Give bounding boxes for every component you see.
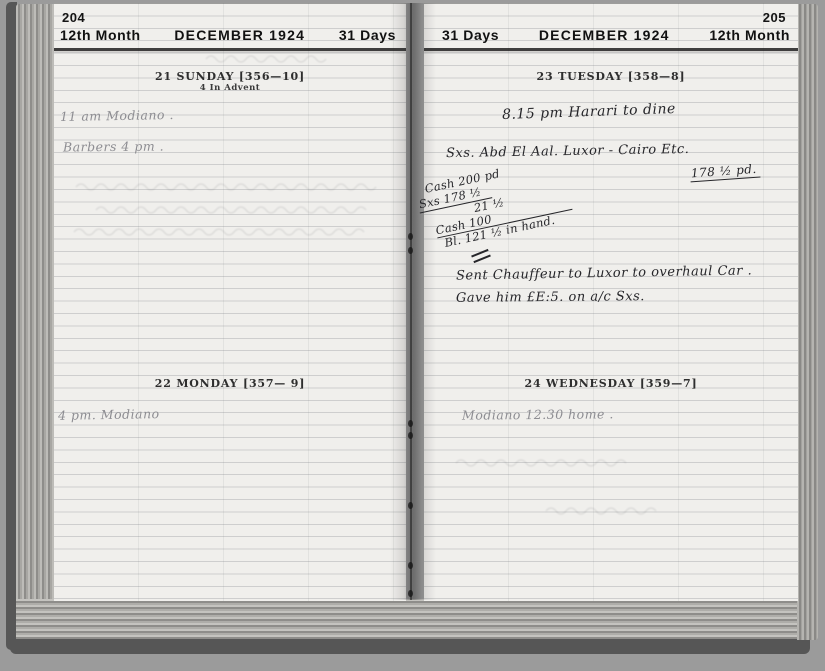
days-label: 31 Days — [424, 27, 499, 43]
binding-stitch — [408, 420, 413, 427]
page-number-left: 204 — [62, 10, 85, 25]
sunday-heading: 21 SUNDAY [356—10] — [54, 70, 406, 83]
header-rule — [54, 48, 406, 51]
monday-heading: 22 MONDAY [357— 9] — [54, 377, 406, 390]
handwritten-entry: Sxs. Abd El Aal. Luxor - Cairo Etc. — [446, 142, 690, 161]
wednesday-heading: 24 WEDNESDAY [359—7] — [424, 377, 798, 390]
page-stack-bottom-edge — [16, 599, 802, 639]
diary-left-page: 204 12th Month DECEMBER 1924 31 Days 21 … — [54, 3, 406, 601]
page-number-right: 205 — [763, 10, 786, 25]
book-cover-bottom-edge — [10, 639, 810, 654]
binding-stitch — [408, 247, 413, 254]
underlined-amount: 178 ½ pd. — [690, 162, 761, 183]
bleedthrough-mark — [454, 456, 634, 468]
bleedthrough-mark — [74, 180, 384, 192]
page-stack-left-edge — [16, 4, 55, 646]
binding-stitch — [408, 233, 413, 240]
handwritten-entry: Modiano 12.30 home . — [462, 406, 614, 422]
handwritten-entry: 11 am Modiano . — [60, 107, 174, 124]
handwritten-entry: 4 pm. Modiano — [58, 406, 160, 423]
page-stack-right-edge — [797, 4, 818, 640]
bleedthrough-mark — [94, 203, 374, 215]
handwritten-entry: 8.15 pm Harari to dine — [502, 101, 676, 123]
days-label: 31 Days — [339, 27, 406, 43]
header-title: DECEMBER 1924 — [539, 27, 670, 43]
binding-stitch — [408, 562, 413, 569]
bleedthrough-mark — [72, 225, 372, 237]
handwritten-entry: Sent Chauffeur to Luxor to overhaul Car … — [456, 263, 752, 283]
header-rule — [424, 48, 798, 51]
bleedthrough-mark — [544, 504, 664, 516]
sunday-subheading: 4 In Advent — [54, 83, 406, 93]
handwritten-entry: Barbers 4 pm . — [63, 139, 164, 155]
book-crease — [410, 3, 412, 600]
right-page-header: 31 Days DECEMBER 1924 12th Month — [424, 27, 798, 43]
handwritten-entry: Gave him £E:5. on a/c Sxs. — [456, 289, 645, 306]
handwritten-calculation: Cash 200 pd Sxs 178 ½ 21 ½ Cash 100 Bl. … — [410, 154, 575, 255]
ink-flourish — [471, 249, 491, 263]
left-page-header: 12th Month DECEMBER 1924 31 Days — [54, 27, 406, 43]
tuesday-heading: 23 TUESDAY [358—8] — [424, 70, 798, 83]
bleedthrough-mark — [204, 52, 344, 64]
binding-stitch — [408, 590, 413, 597]
binding-stitch — [408, 502, 413, 509]
binding-stitch — [408, 432, 413, 439]
handwritten-entry: 178 ½ pd. — [690, 162, 761, 183]
month-label: 12th Month — [54, 27, 141, 43]
header-title: DECEMBER 1924 — [174, 27, 305, 43]
diary-right-page: 205 31 Days DECEMBER 1924 12th Month 23 … — [424, 3, 798, 601]
month-label: 12th Month — [709, 27, 798, 43]
diary-scan: 204 12th Month DECEMBER 1924 31 Days 21 … — [0, 0, 825, 671]
